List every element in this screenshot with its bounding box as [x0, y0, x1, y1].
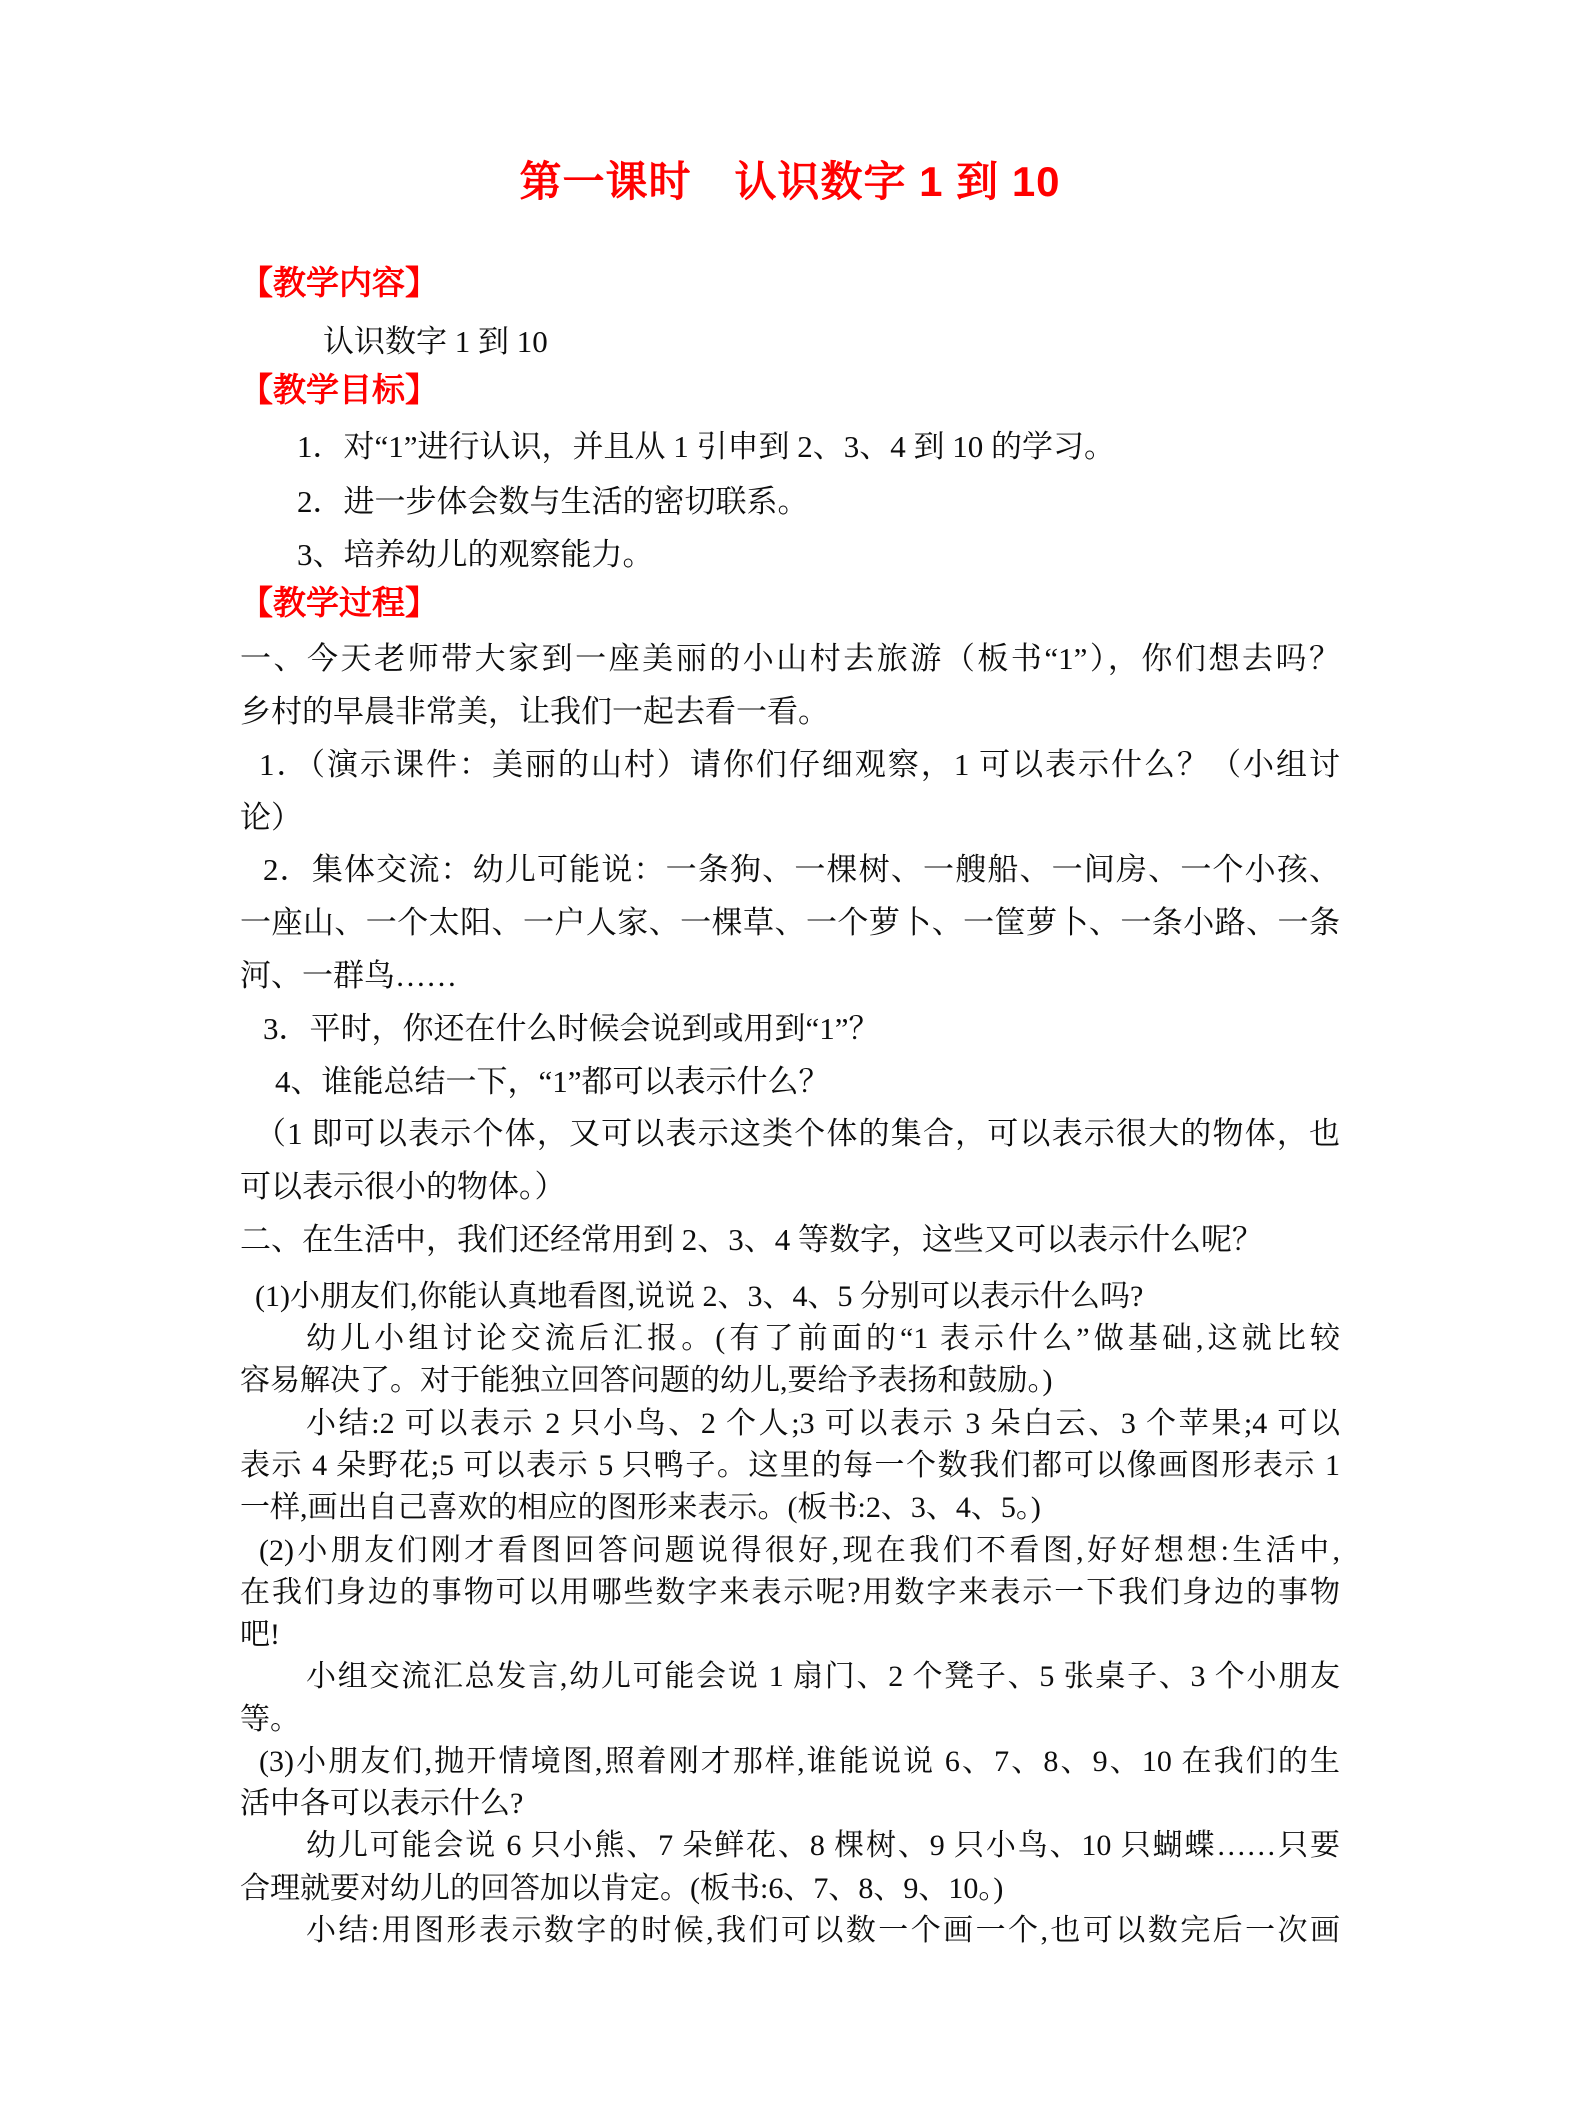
text-line: 认识数字 1 到 10: [240, 322, 1340, 362]
text-line: 1．对“1”进行认识，并且从 1 引申到 2、3、4 到 10 的学习。: [240, 427, 1340, 467]
text-line: 小结:2 可以表示 2 只小鸟、2 个人;3 可以表示 3 朵白云、3 个苹果;…: [240, 1404, 1340, 1444]
text-line: 一座山、一个太阳、一户人家、一棵草、一个萝卜、一筐萝卜、一条小路、一条: [240, 903, 1340, 943]
section-heading: 【教学过程】: [240, 582, 1340, 626]
text-line: 可以表示很小的物体。）: [240, 1167, 1340, 1207]
text-line: 二、在生活中，我们还经常用到 2、3、4 等数字，这些又可以表示什么呢？: [240, 1220, 1340, 1260]
page-title: 第一课时 认识数字 1 到 10: [240, 155, 1340, 209]
document-page: 第一课时 认识数字 1 到 10【教学内容】认识数字 1 到 10【教学目标】1…: [0, 0, 1587, 2102]
text-line: 3．平时，你还在什么时候会说到或用到“1”？: [240, 1009, 1340, 1049]
text-line: 表示 4 朵野花;5 可以表示 5 只鸭子。这里的每一个数我们都可以像画图形表示…: [240, 1446, 1340, 1486]
text-line: 河、一群鸟……: [240, 956, 1340, 996]
text-line: 2．进一步体会数与生活的密切联系。: [240, 482, 1340, 522]
text-line: 论）: [240, 798, 1340, 838]
text-line: 幼儿小组讨论交流后汇报。(有了前面的“1 表示什么”做基础,这就比较: [240, 1319, 1340, 1359]
text-line: 2．集体交流：幼儿可能说：一条狗、一棵树、一艘船、一间房、一个小孩、: [240, 850, 1340, 890]
text-line: 3、培养幼儿的观察能力。: [240, 535, 1340, 575]
text-line: 等。: [240, 1700, 1340, 1740]
text-line: 乡村的早晨非常美，让我们一起去看一看。: [240, 692, 1340, 732]
text-line: (2)小朋友们刚才看图回答问题说得很好,现在我们不看图,好好想想:生活中,: [240, 1531, 1340, 1571]
text-line: （1 即可以表示个体，又可以表示这类个体的集合，可以表示很大的物体，也: [240, 1114, 1340, 1154]
text-line: 1．（演示课件：美丽的山村）请你们仔细观察，1 可以表示什么？（小组讨: [240, 745, 1340, 785]
text-line: 吧!: [240, 1615, 1340, 1655]
text-line: (3)小朋友们,抛开情境图,照着刚才那样,谁能说说 6、7、8、9、10 在我们…: [240, 1742, 1340, 1782]
text-line: 容易解决了。对于能独立回答问题的幼儿,要给予表扬和鼓励。): [240, 1361, 1340, 1401]
text-line: 在我们身边的事物可以用哪些数字来表示呢?用数字来表示一下我们身边的事物: [240, 1573, 1340, 1613]
text-line: 一、今天老师带大家到一座美丽的小山村去旅游（板书“1”），你们想去吗？: [240, 639, 1340, 679]
text-line: (1)小朋友们,你能认真地看图,说说 2、3、4、5 分别可以表示什么吗?: [240, 1277, 1340, 1317]
text-line: 4、谁能总结一下，“1”都可以表示什么？: [240, 1062, 1340, 1102]
section-heading: 【教学内容】: [240, 262, 1340, 306]
text-line: 合理就要对幼儿的回答加以肯定。(板书:6、7、8、9、10。): [240, 1869, 1340, 1909]
text-line: 幼儿可能会说 6 只小熊、7 朵鲜花、8 棵树、9 只小鸟、10 只蝴蝶……只要: [240, 1826, 1340, 1866]
text-line: 活中各可以表示什么?: [240, 1784, 1340, 1824]
text-line: 一样,画出自己喜欢的相应的图形来表示。(板书:2、3、4、5。): [240, 1488, 1340, 1528]
text-line: 小组交流汇总发言,幼儿可能会说 1 扇门、2 个凳子、5 张桌子、3 个小朋友: [240, 1657, 1340, 1697]
section-heading: 【教学目标】: [240, 369, 1340, 413]
text-line: 小结:用图形表示数字的时候,我们可以数一个画一个,也可以数完后一次画: [240, 1911, 1340, 1951]
